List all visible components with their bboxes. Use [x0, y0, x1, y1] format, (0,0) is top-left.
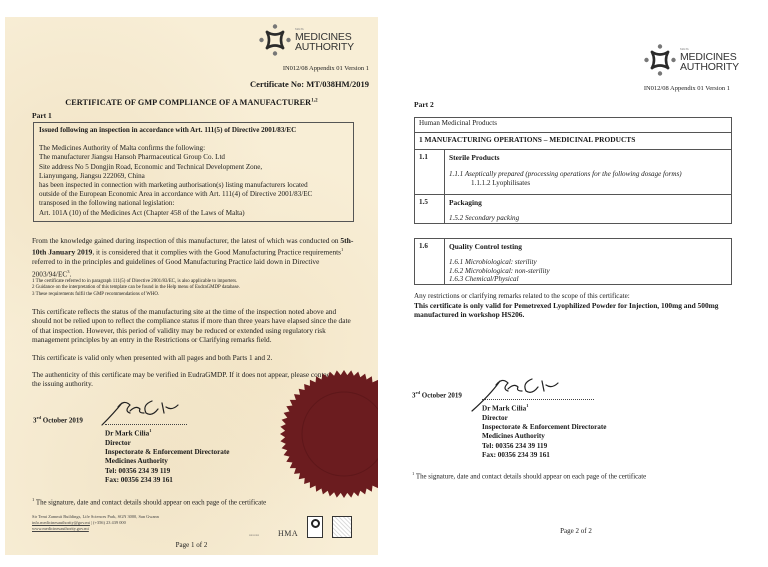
- certificate-page-1: MALTA MEDICINES AUTHORITY IN012/08 Appen…: [5, 17, 378, 555]
- quality-control-table: 1.6 Quality Control testing 1.6.1 Microb…: [414, 238, 732, 285]
- box-line: has been inspected in connection with ma…: [39, 181, 348, 190]
- footnote-3: 3 These requirements fulfil the GMP reco…: [32, 292, 355, 298]
- certificate-page-2: MALTA MEDICINES AUTHORITY IN012/08 Appen…: [384, 0, 768, 567]
- site-address-line: Site address No 5 Dongjin Road, Economic…: [39, 163, 348, 172]
- page-number-1: Page 1 of 2: [5, 541, 378, 549]
- signatory-tel: Tel: 00356 234 39 119: [482, 442, 606, 451]
- signatory-organisation: Medicines Authority: [105, 457, 229, 466]
- box-line: transposed in the following national leg…: [39, 199, 348, 208]
- medicines-authority-logo: MALTA MEDICINES AUTHORITY: [258, 23, 354, 57]
- signatory-department: Inspectorate & Enforcement Directorate: [482, 423, 606, 432]
- remarks-text: This certificate is only valid for Pemet…: [414, 301, 744, 319]
- signatory-block: Dr Mark Cilia1 Director Inspectorate & E…: [482, 401, 606, 460]
- signatory-tel: Tel: 00356 234 39 119: [105, 467, 229, 476]
- row-number: 1.5: [415, 195, 445, 223]
- box-line: The Medicines Authority of Malta confirm…: [39, 144, 348, 153]
- product-category: Human Medicinal Products: [415, 118, 501, 132]
- row-number: 1.1: [415, 150, 445, 194]
- table-row: 1.1 Sterile Products 1.1.1 Aseptically p…: [415, 150, 731, 195]
- document-reference: IN012/08 Appendix 01 Version 1: [283, 65, 369, 72]
- signatory-organisation: Medicines Authority: [482, 432, 606, 441]
- authority-address: Sir Temi Zammit Buildings, Life Sciences…: [32, 514, 159, 531]
- inspection-details-box: Issued following an inspection in accord…: [33, 122, 354, 222]
- signatory-fax: Fax: 00356 234 39 161: [105, 476, 229, 485]
- authority-emblem-icon: [258, 23, 292, 57]
- handwritten-signature: [100, 397, 190, 427]
- row-item: 1.6.2 Microbiological: non-sterility: [449, 267, 727, 276]
- row-heading: Sterile Products: [449, 153, 727, 162]
- hma-logo: HMA: [278, 529, 298, 538]
- signatory-department: Inspectorate & Enforcement Directorate: [105, 448, 229, 457]
- box-line: outside of the European Economic Area in…: [39, 190, 348, 199]
- legislation-line: Art. 101A (10) of the Medicines Act (Cha…: [39, 209, 348, 218]
- inspection-heading: Issued following an inspection in accord…: [39, 126, 348, 135]
- authority-emblem-icon: [643, 43, 677, 77]
- signatory-title: Director: [105, 439, 229, 448]
- logo-line-2: AUTHORITY: [680, 62, 739, 73]
- row-number: 1.6: [415, 239, 445, 284]
- signatory-name: Dr Mark Cilia: [482, 404, 526, 412]
- seal-icon: [279, 369, 378, 499]
- row-item: 1.5.2 Secondary packing: [449, 214, 727, 223]
- quality-certification-logo: [307, 516, 323, 538]
- row-heading: Quality Control testing: [449, 242, 727, 251]
- manufacturer-line: The manufacturer Jiangsu Hansoh Pharmace…: [39, 153, 348, 162]
- certificate-number: Certificate No: MT/038HM/2019: [250, 79, 369, 89]
- page-number-2: Page 2 of 2: [384, 527, 768, 535]
- part-2-label: Part 2: [414, 100, 434, 109]
- signature-line: [482, 399, 594, 400]
- row-subitem: 1.1.1.2 Lyophilisates: [449, 179, 727, 188]
- document-reference: IN012/08 Appendix 01 Version 1: [644, 85, 730, 92]
- logo-line-2: AUTHORITY: [295, 42, 354, 53]
- table-row: 1.5 Packaging 1.5.2 Secondary packing: [415, 195, 731, 223]
- restrictions-remarks: Any restrictions or clarifying remarks r…: [414, 292, 744, 320]
- signature-note: 1 The signature, date and contact detail…: [32, 497, 266, 506]
- certificate-title: CERTIFICATE OF GMP COMPLIANCE OF A MANUF…: [5, 98, 378, 107]
- row-item: 1.6.1 Microbiological: sterility: [449, 258, 727, 267]
- signature-date: 3rd October 2019: [412, 390, 462, 399]
- signatory-block: Dr Mark Cilia1 Director Inspectorate & E…: [105, 426, 229, 485]
- signatory-title: Director: [482, 414, 606, 423]
- row-heading: Packaging: [449, 198, 727, 207]
- signature-date: 3rd October 2019: [33, 415, 83, 424]
- section-heading: 1 MANUFACTURING OPERATIONS – MEDICINAL P…: [415, 133, 639, 149]
- knowledge-paragraph: From the knowledge gained during inspect…: [32, 236, 355, 278]
- accreditation-logo: [332, 516, 352, 538]
- row-item: 1.6.3 Chemical/Physical: [449, 275, 727, 284]
- partner-logo-small: ▭▭▭: [249, 533, 259, 537]
- row-item: 1.1.1 Aseptically prepared (processing o…: [449, 170, 727, 179]
- red-wax-seal: [279, 369, 378, 504]
- manufacturing-operations-table: Human Medicinal Products 1 MANUFACTURING…: [414, 117, 732, 224]
- signature-line: [105, 424, 187, 425]
- signatory-fax: Fax: 00356 234 39 161: [482, 451, 606, 460]
- valid-pages-paragraph: This certificate is valid only when pres…: [32, 353, 357, 362]
- signatory-name: Dr Mark Cilia: [105, 429, 149, 437]
- table-row: 1.6 Quality Control testing 1.6.1 Microb…: [415, 239, 731, 284]
- site-address-line-2: Lianyungang, Jiangsu 222069, China: [39, 172, 348, 181]
- validity-status-paragraph: This certificate reflects the status of …: [32, 307, 357, 345]
- remarks-label: Any restrictions or clarifying remarks r…: [414, 292, 744, 301]
- email-link[interactable]: info.medicinesauthority@gov.mt: [32, 520, 90, 525]
- part-1-label: Part 1: [32, 111, 52, 120]
- website-link[interactable]: www.medicinesauthority.gov.mt: [32, 526, 159, 532]
- medicines-authority-logo: MALTA MEDICINES AUTHORITY: [643, 43, 739, 77]
- footnotes: 1 The certificate referred to in paragra…: [32, 279, 355, 298]
- signature-note: 1 The signature, date and contact detail…: [412, 471, 646, 480]
